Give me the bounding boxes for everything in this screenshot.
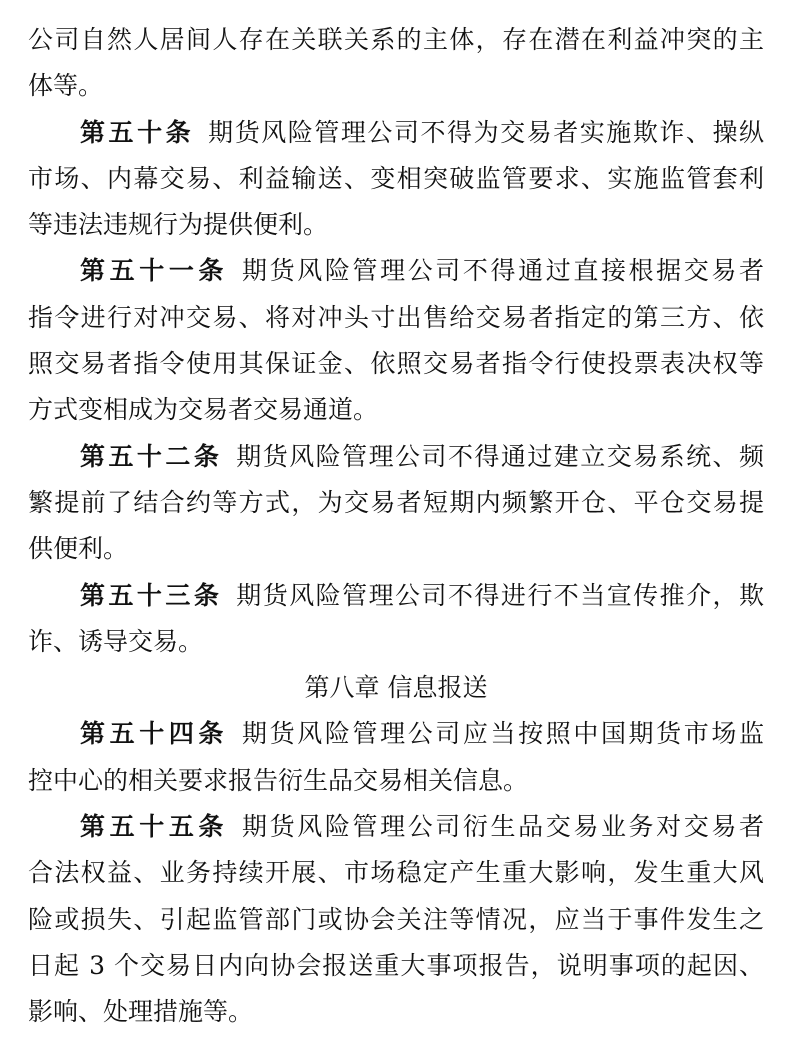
article-first-line: 第五十条期货风险管理公司不得为交易者实施欺诈、操纵 xyxy=(28,110,764,156)
article-first-line: 第五十二条期货风险管理公司不得通过建立交易系统、频 xyxy=(28,434,764,480)
article-53: 第五十三条期货风险管理公司不得进行不当宣传推介，欺 诈、诱导交易。 xyxy=(28,573,764,666)
article-number: 第五十条 xyxy=(80,118,194,147)
chapter-heading: 第八章 信息报送 xyxy=(28,665,764,711)
article-first-line: 第五十三条期货风险管理公司不得进行不当宣传推介，欺 xyxy=(28,573,764,619)
text-line: 繁提前了结合约等方式，为交易者短期内频繁开仓、平仓交易提 xyxy=(28,480,764,526)
article-number: 第五十五条 xyxy=(80,812,228,841)
article-52: 第五十二条期货风险管理公司不得通过建立交易系统、频 繁提前了结合约等方式，为交易… xyxy=(28,434,764,573)
article-number: 第五十四条 xyxy=(80,719,228,748)
text-line: 影响、处理措施等。 xyxy=(28,989,764,1035)
text-line: 方式变相成为交易者交易通道。 xyxy=(28,387,764,433)
text-segment: 期货风险管理公司不得为交易者实施欺诈、操纵 xyxy=(208,118,764,147)
article-first-line: 第五十一条期货风险管理公司不得通过直接根据交易者 xyxy=(28,248,764,294)
article-first-line: 第五十五条期货风险管理公司衍生品交易业务对交易者 xyxy=(28,804,764,850)
article-first-line: 第五十四条期货风险管理公司应当按照中国期货市场监 xyxy=(28,711,764,757)
text-line: 等违法违规行为提供便利。 xyxy=(28,202,764,248)
article-number: 第五十三条 xyxy=(80,581,222,610)
text-line: 照交易者指令使用其保证金、依照交易者指令行使投票表决权等 xyxy=(28,341,764,387)
article-51: 第五十一条期货风险管理公司不得通过直接根据交易者 指令进行对冲交易、将对冲头寸出… xyxy=(28,248,764,433)
text-line: 诈、诱导交易。 xyxy=(28,619,764,665)
article-number: 第五十二条 xyxy=(80,442,222,471)
text-line: 体等。 xyxy=(28,63,764,109)
document-page: 公司自然人居间人存在关联关系的主体，存在潜在利益冲突的主 体等。 第五十条期货风… xyxy=(28,17,764,1036)
text-line: 险或损失、引起监管部门或协会关注等情况，应当于事件发生之 xyxy=(28,897,764,943)
text-line: 市场、内幕交易、利益输送、变相突破监管要求、实施监管套利 xyxy=(28,156,764,202)
text-line: 合法权益、业务持续开展、市场稳定产生重大影响，发生重大风 xyxy=(28,850,764,896)
text-line: 供便利。 xyxy=(28,526,764,572)
article-number: 第五十一条 xyxy=(80,256,228,285)
text-line: 指令进行对冲交易、将对冲头寸出售给交易者指定的第三方、依 xyxy=(28,295,764,341)
article-55: 第五十五条期货风险管理公司衍生品交易业务对交易者 合法权益、业务持续开展、市场稳… xyxy=(28,804,764,1035)
text-segment: 期货风险管理公司应当按照中国期货市场监 xyxy=(242,719,764,748)
text-line: 日起 3 个交易日内向协会报送重大事项报告，说明事项的起因、 xyxy=(28,943,764,989)
paragraph-continuation: 公司自然人居间人存在关联关系的主体，存在潜在利益冲突的主 体等。 xyxy=(28,17,764,110)
text-line: 控中心的相关要求报告衍生品交易相关信息。 xyxy=(28,758,764,804)
text-line: 公司自然人居间人存在关联关系的主体，存在潜在利益冲突的主 xyxy=(28,17,764,63)
article-54: 第五十四条期货风险管理公司应当按照中国期货市场监 控中心的相关要求报告衍生品交易… xyxy=(28,711,764,804)
text-segment: 期货风险管理公司不得通过建立交易系统、频 xyxy=(236,442,764,471)
article-50: 第五十条期货风险管理公司不得为交易者实施欺诈、操纵 市场、内幕交易、利益输送、变… xyxy=(28,110,764,249)
text-segment: 期货风险管理公司不得通过直接根据交易者 xyxy=(242,256,764,285)
text-segment: 期货风险管理公司不得进行不当宣传推介，欺 xyxy=(236,581,764,610)
text-segment: 期货风险管理公司衍生品交易业务对交易者 xyxy=(242,812,764,841)
